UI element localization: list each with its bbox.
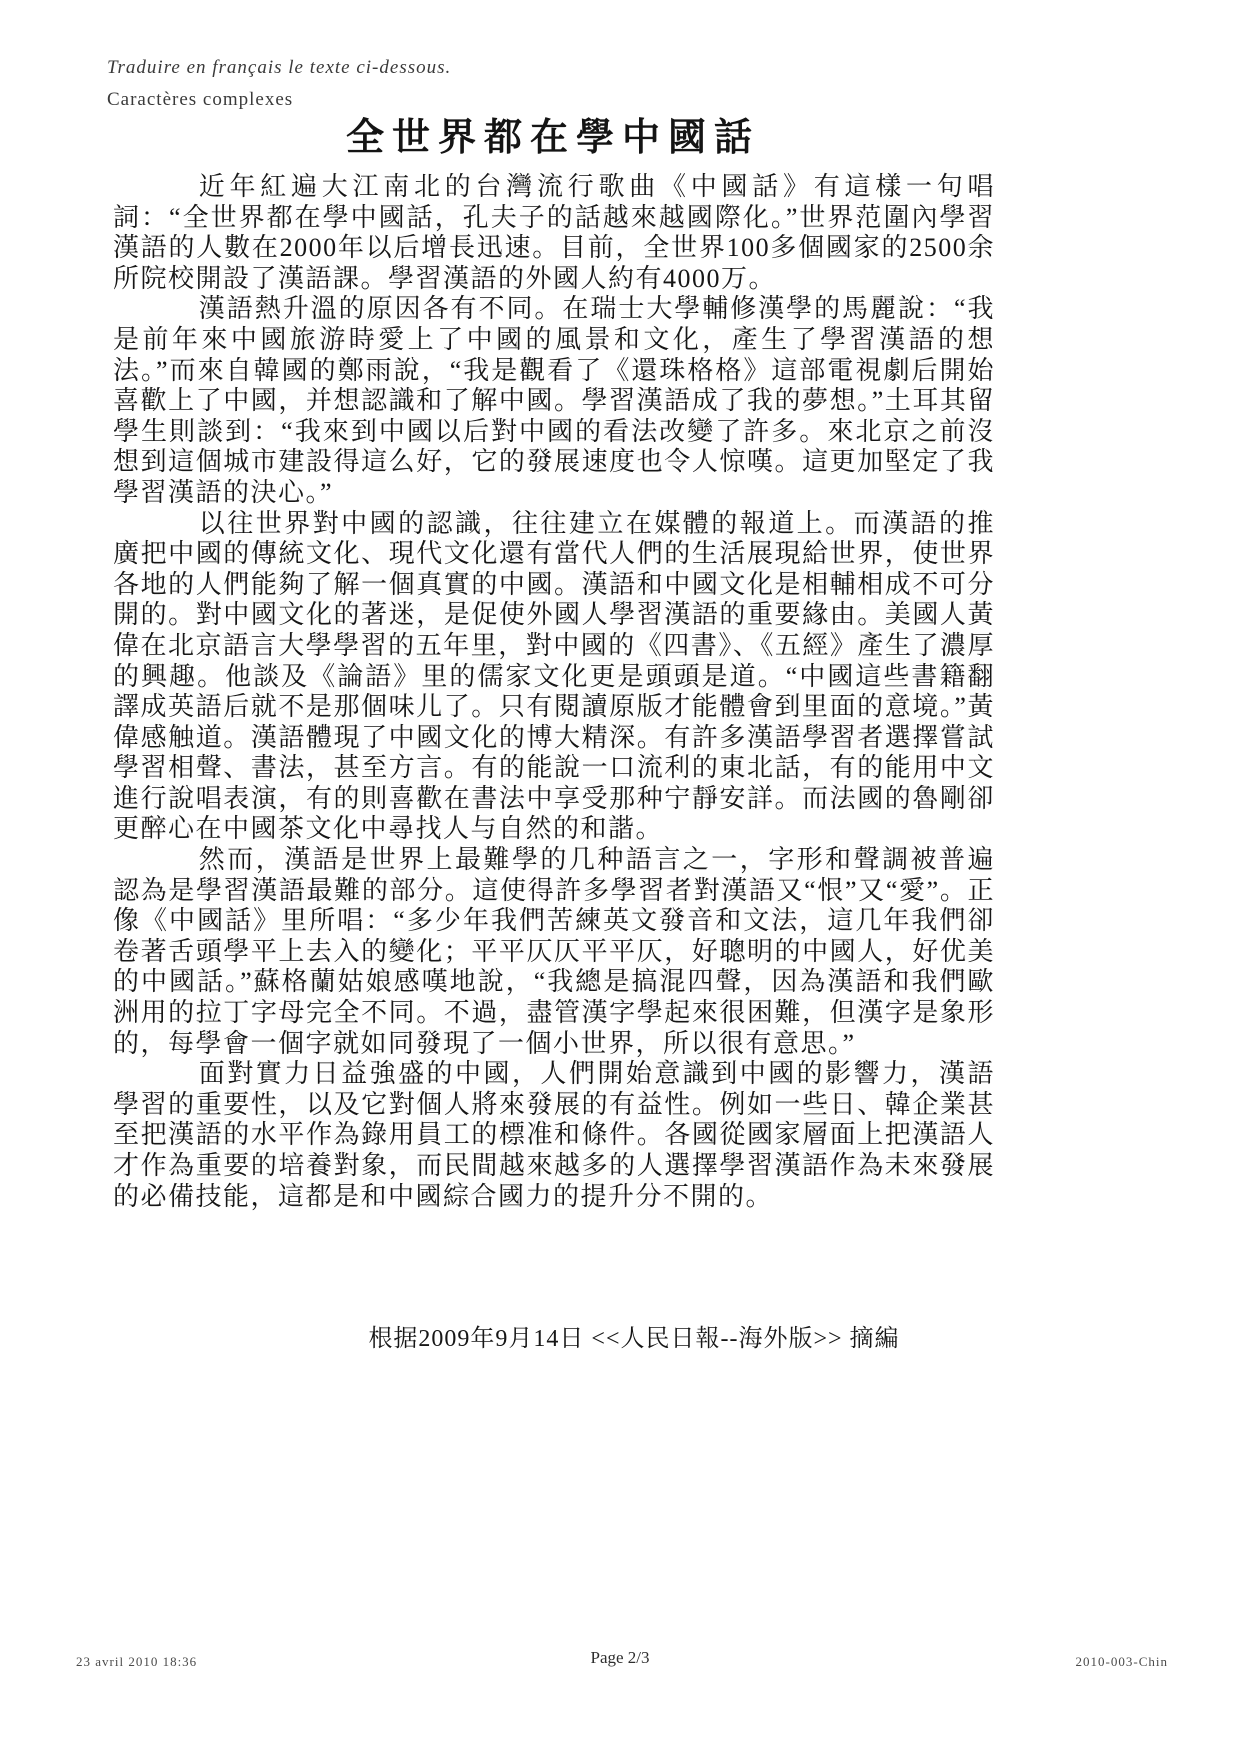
instruction-french: Traduire en français le texte ci-dessous… [107,52,451,84]
paragraph-4: 然而，漢語是世界上最難學的几种語言之一，字形和聲調被普遍認為是學習漢語最難的部分… [113,845,995,1059]
page-footer: 23 avril 2010 18:36 Page 2/3 2010-003-Ch… [0,1648,1240,1678]
footer-document-id: 2010-003-Chin [1076,1654,1168,1670]
paragraph-1: 近年紅遍大江南北的台灣流行歌曲《中國話》有這樣一句唱詞：“全世界都在學中國話，孔… [113,172,995,294]
document-page: Traduire en français le texte ci-dessous… [0,0,1240,1752]
paragraph-3: 以往世界對中國的認識，往往建立在媒體的報道上。而漢語的推廣把中國的傳統文化、現代… [113,509,995,846]
page-title: 全世界都在學中國話 [113,106,993,161]
paragraph-5: 面對實力日益強盛的中國，人們開始意識到中國的影響力，漢語學習的重要性，以及它對個… [113,1059,995,1212]
footer-page-number: Page 2/3 [0,1648,1240,1668]
source-attribution: 根据2009年9月14日 <<人民日報--海外版>> 摘編 [113,1318,995,1353]
article-body: 近年紅遍大江南北的台灣流行歌曲《中國話》有這樣一句唱詞：“全世界都在學中國話，孔… [113,172,995,1212]
paragraph-2: 漢語熱升溫的原因各有不同。在瑞士大學輔修漢學的馬麗說：“我是前年來中國旅游時愛上… [113,294,995,508]
